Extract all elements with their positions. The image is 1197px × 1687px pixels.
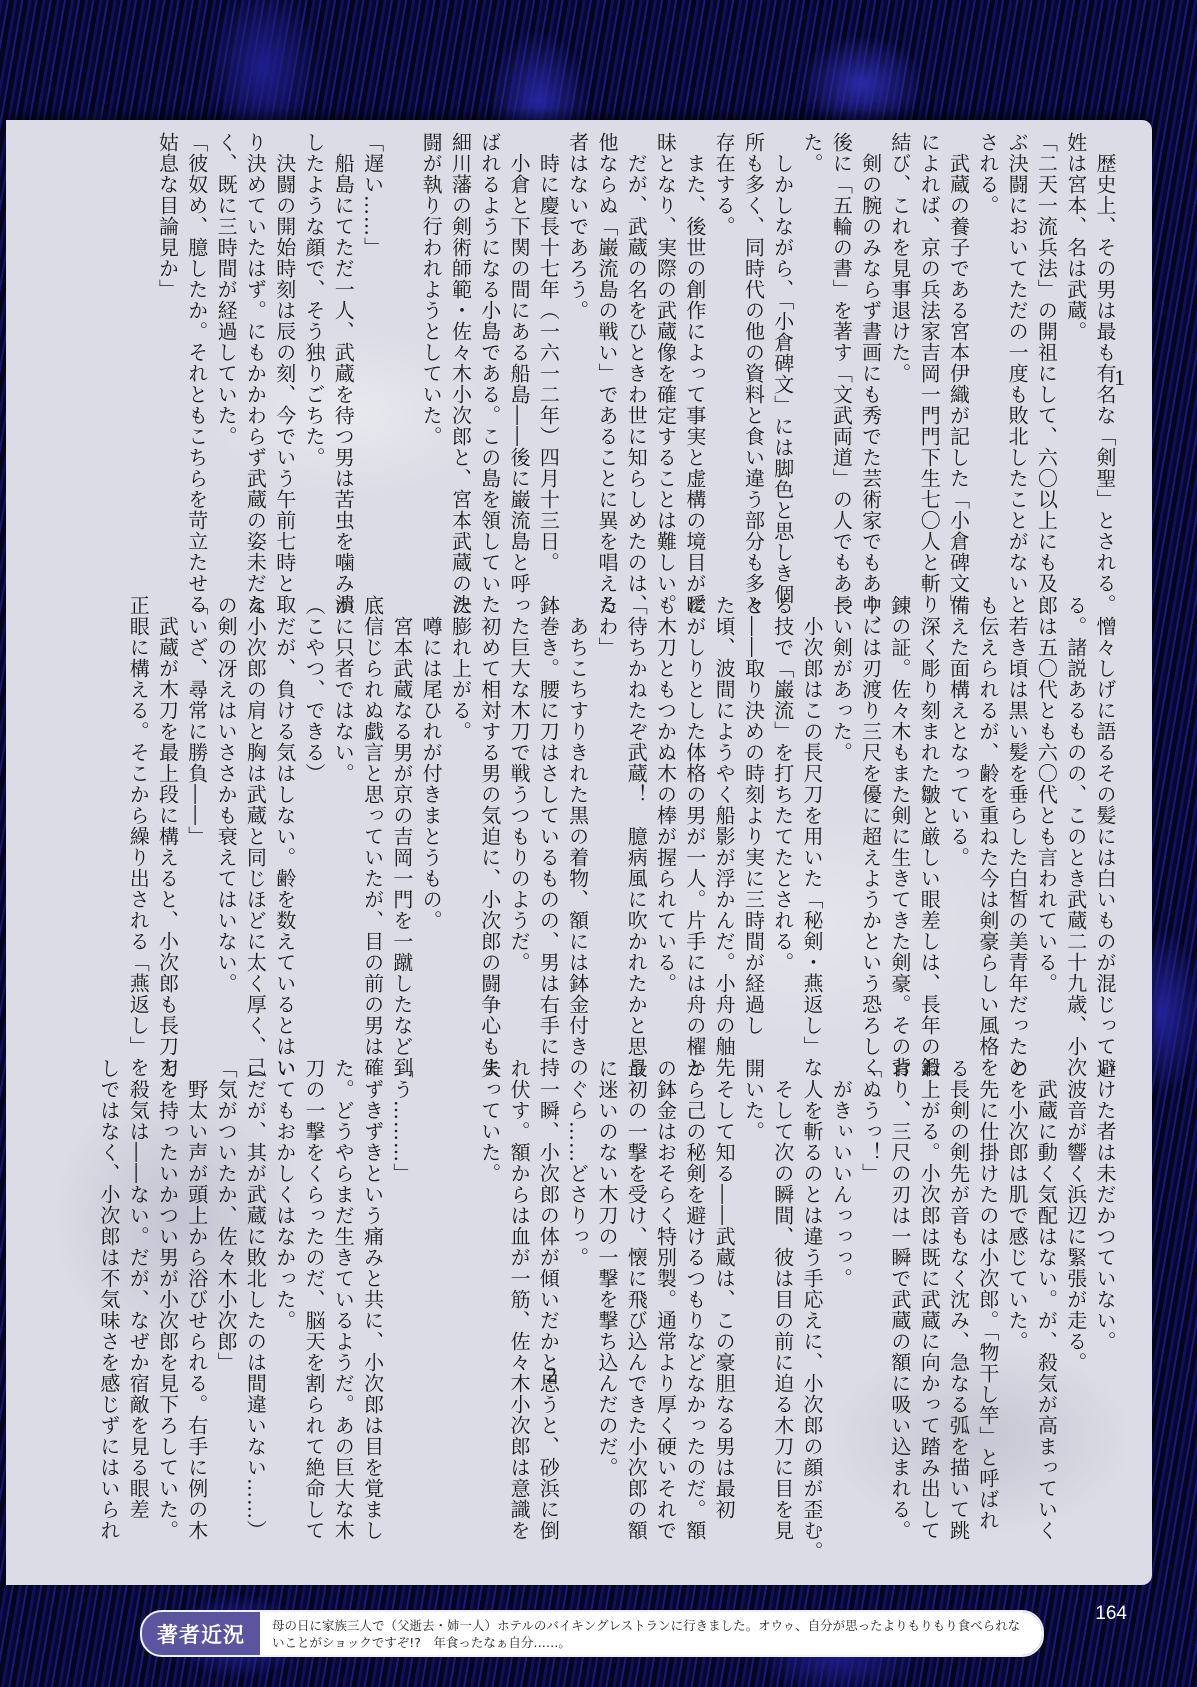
text-line: 者はないであろう。 bbox=[562, 132, 591, 592]
text-line: 失っていた。 bbox=[474, 1058, 503, 1518]
text-line: （だが、其が武蔵に敗北したのは間違いない……） bbox=[240, 1058, 269, 1518]
text-line: しではなく、小次郎は不気味さを感じずにはいられ bbox=[94, 1058, 123, 1518]
text-line: る長剣の剣先が音もなく沈み、急なる弧を描いて跳 bbox=[943, 1058, 972, 1518]
text-line: 憎々しげに語るその髪には白いものが混じってい bbox=[1090, 595, 1119, 1055]
author-note-text: 母の日に家族三人で（父逝去・姉一人）ホテルのバイキングレストランに行きました。オ… bbox=[260, 1612, 1042, 1655]
text-line: 錬の証。佐々木もまた剣に生きてきた剣豪。その背 bbox=[885, 595, 914, 1055]
text-line: ね上がる。小次郎は既に武蔵に向かって踏み出して bbox=[914, 1058, 943, 1518]
text-line: 「いざ、尋常に勝負――」 bbox=[182, 595, 211, 1055]
text-line: にがしりとした体格の男が一人。片手には舟の櫂と bbox=[680, 595, 709, 1055]
text-line: 姑息な目論見か」 bbox=[152, 132, 181, 592]
text-line: た頃、波間にようやく船影が浮かんだ。小舟の舳先 bbox=[709, 595, 738, 1055]
text-line: しかしながら、「小倉碑文」には脚色と思しき個 bbox=[767, 132, 796, 592]
text-line: そして次の瞬間、彼は目の前に迫る木刀に目を見 bbox=[767, 1058, 796, 1518]
text-line: によれば、京の兵法家吉岡一門門下生七〇人と斬り bbox=[914, 132, 943, 592]
text-line: ばれるようになる小島である。この島を領していた bbox=[474, 132, 503, 592]
text-line: 決闘の開始時刻は辰の刻、今でいう午前七時と取 bbox=[269, 132, 298, 592]
text-block-middle: 憎々しげに語るその髪には白いものが混じっている。諸説あるものの、このとき武蔵二十… bbox=[219, 595, 1119, 1055]
text-line: 昧となり、実際の武蔵像を確定することは難しい。 bbox=[650, 132, 679, 592]
text-line: 人を斬るのとは違う手応えに、小次郎の顔が歪む。 bbox=[797, 1058, 826, 1518]
text-line: だが、武蔵の名をひときわ世に知らしめたのは、 bbox=[621, 132, 650, 592]
author-note-label: 著者近況 bbox=[142, 1619, 260, 1649]
text-line: 殺気は――ない。だが、なぜか宿敵を見る眼差 bbox=[123, 1058, 152, 1518]
text-line: 「彼奴め、臆したか。それともこちらを苛立たせる bbox=[182, 132, 211, 592]
text-line: の剣の冴えはいささかも衰えてはいない。 bbox=[211, 595, 240, 1055]
text-line: と――取り決めの時刻より実に三時間が経過し bbox=[738, 595, 767, 1055]
text-line: ぐら……どさりっ。 bbox=[562, 1058, 591, 1518]
text-line: 開いた。 bbox=[738, 1058, 767, 1518]
text-line: 闘が執り行われようとしていた。 bbox=[416, 132, 445, 592]
text-line: 先に仕掛けたのは小次郎。「物干し竿」と呼ばれ bbox=[973, 1058, 1002, 1518]
text-line: も伝えられるが、齢を重ねた今は剣豪らしい風格を bbox=[973, 595, 1002, 1055]
text-line: 噂には尾ひれが付きまとうもの。 bbox=[416, 595, 445, 1055]
text-line: 「気がついたか、佐々木小次郎」 bbox=[211, 1058, 240, 1518]
text-line: される。 bbox=[973, 132, 1002, 592]
text-line: 刀を持ったいかつい男が小次郎を見下ろしていた。 bbox=[152, 1058, 181, 1518]
text-line: 武蔵が木刀を最上段に構えると、小次郎も長刀を bbox=[152, 595, 181, 1055]
text-line: 「遅い……」 bbox=[357, 132, 386, 592]
text-line: のを小次郎は肌で感じていた。 bbox=[1002, 1058, 1031, 1518]
text-line: （こやつ、できる） bbox=[299, 595, 328, 1055]
page-number: 164 bbox=[1095, 1603, 1127, 1625]
text-line: だが、負ける気はしない。齢を数えているとはい bbox=[269, 595, 298, 1055]
text-line bbox=[416, 1058, 445, 1518]
text-line: 野太い声が頭上から浴びせられる。右手に例の木 bbox=[182, 1058, 211, 1518]
text-line: 「ぬうっ！」 bbox=[855, 1058, 884, 1518]
text-line: 「二天一流兵法」の開祖にして、六〇以上にも及 bbox=[1031, 132, 1060, 592]
text-line: 存在する。 bbox=[709, 132, 738, 592]
text-line: 細川藩の剣術師範・佐々木小次郎と、宮本武蔵の決 bbox=[445, 132, 474, 592]
text-line: 郎は五〇代とも六〇代とも言われている。 bbox=[1031, 595, 1060, 1055]
text-line: がきぃいいんっっっ。 bbox=[826, 1058, 855, 1518]
text-line: おり、三尺の刃は一瞬で武蔵の額に吸い込まれる。 bbox=[885, 1058, 914, 1518]
text-line: れ伏す。額からは血が一筋、佐々木小次郎は意識を bbox=[504, 1058, 533, 1518]
text-line: も木刀ともつかぬ木の棒が握られている。 bbox=[650, 595, 679, 1055]
text-line: 最初の一撃を受け、懐に飛び込んできた小次郎の額 bbox=[621, 1058, 650, 1518]
text-line: 姓は宮本、名は武蔵。 bbox=[1060, 132, 1089, 592]
text-line: 宮本武蔵なる男が京の吉岡一門を一蹴したなど到 bbox=[387, 595, 416, 1055]
text-line: 一瞬、小次郎の体が傾いだかと思うと、砂浜に倒 bbox=[533, 1058, 562, 1518]
text-line: 結び、これを見事退けた。 bbox=[885, 132, 914, 592]
text-line: あちこちすりきれた黒の着物、額には鉢金付きの bbox=[562, 595, 591, 1055]
text-line: 武蔵に動く気配はない。が、殺気が高まっていく bbox=[1031, 1058, 1060, 1518]
text-block-bottom: 避けた者は未だかつていない。 波音が響く浜辺に緊張が走る。 武蔵に動く気配はない… bbox=[219, 1058, 1119, 1518]
text-line: から己の秘剣を避けるつもりなどなかったのだ。額 bbox=[680, 1058, 709, 1518]
text-line: 深く彫り刻まれた皺と厳しい眼差しは、長年の鍛 bbox=[914, 595, 943, 1055]
text-line: 他ならぬ「巌流島の戦い」であることに異を唱える bbox=[592, 132, 621, 592]
text-line: った巨大な木刀で戦うつもりのようだ。 bbox=[504, 595, 533, 1055]
text-line: 小次郎はこの長尺刀を用いた「秘剣・燕返し」な bbox=[797, 595, 826, 1055]
text-line: 避けた者は未だかつていない。 bbox=[1090, 1058, 1119, 1518]
text-line: 後に「五輪の書」を著す「文武両道」の人でもあっ bbox=[826, 132, 855, 592]
text-line: ぶ決闘においてただの一度も敗北したことがないと bbox=[1002, 132, 1031, 592]
text-line: いてもおかしくはなかった。 bbox=[269, 1058, 298, 1518]
text-line: また、後世の創作によって事実と虚構の境目が曖 bbox=[680, 132, 709, 592]
text-line: ずきずきという痛みと共に、小次郎は目を覚まし bbox=[357, 1058, 386, 1518]
text-line bbox=[387, 132, 416, 592]
text-line: の鉢金はおそらく特別製。通常より厚く硬いそれで bbox=[650, 1058, 679, 1518]
text-line: 底信じられぬ戯言と思っていたが、目の前の男は確 bbox=[357, 595, 386, 1055]
text-line: 小倉と下関の間にある船島――後に巌流島と呼 bbox=[504, 132, 533, 592]
text-line: 時に慶長十七年（一六一二年）四月十三日。 bbox=[533, 132, 562, 592]
text-line: に迷いのない木刀の一撃を撃ち込んだのだ。 bbox=[592, 1058, 621, 1518]
author-note-bar: 著者近況 母の日に家族三人で（父逝去・姉一人）ホテルのバイキングレストランに行き… bbox=[140, 1610, 1044, 1657]
text-line: 波音が響く浜辺に緊張が走る。 bbox=[1060, 1058, 1089, 1518]
text-line: り決めていたはず。にもかかわらず武蔵の姿未だな bbox=[240, 132, 269, 592]
text-line: 所も多く、同時代の他の資料と食い違う部分も多々 bbox=[738, 132, 767, 592]
text-line: く、既に三時間が経過していた。 bbox=[211, 132, 240, 592]
text-line: 歴史上、その男は最も有名な「剣聖」とされる。 bbox=[1090, 132, 1119, 592]
text-line: 船島にてただ一人、武蔵を待つ男は苦虫を噛み潰 bbox=[328, 132, 357, 592]
text-line: た。どうやらまだ生きているようだ。あの巨大な木 bbox=[328, 1058, 357, 1518]
text-line: たわ」 bbox=[592, 595, 621, 1055]
text-line: 備えた面構えとなっている。 bbox=[943, 595, 972, 1055]
text-line: かに只者ではない。 bbox=[328, 595, 357, 1055]
text-line: 長い剣があった。 bbox=[826, 595, 855, 1055]
text-line: た膨れ上がる。 bbox=[445, 595, 474, 1055]
text-line: 若き頃は黒い髪を垂らした白皙の美青年だったと bbox=[1002, 595, 1031, 1055]
text-line: そして知る――武蔵は、この豪胆なる男は最初 bbox=[709, 1058, 738, 1518]
text-block-top: 歴史上、その男は最も有名な「剣聖」とされる。姓は宮本、名は武蔵。「二天一流兵法」… bbox=[219, 132, 1119, 592]
text-line: 「待ちかねたぞ武蔵！ 臆病風に吹かれたかと思う bbox=[621, 595, 650, 1055]
text-line: 正眼に構える。そこから繰り出される「燕返し」を bbox=[123, 595, 152, 1055]
text-line bbox=[445, 1058, 474, 1518]
text-line: え小次郎の肩と胸は武蔵と同じほどに太く厚く、己 bbox=[240, 595, 269, 1055]
text-line: 中には刃渡り三尺を優に超えようかという恐ろしく bbox=[855, 595, 884, 1055]
text-line: したような顔で、そう独りごちた。 bbox=[299, 132, 328, 592]
text-line: 刀の一撃をくらったのだ、脳天を割られて絶命して bbox=[299, 1058, 328, 1518]
text-line: た。 bbox=[797, 132, 826, 592]
text-line: る技で「巌流」を打ちたてたとされる。 bbox=[767, 595, 796, 1055]
text-line: 武蔵の養子である宮本伊織が記した「小倉碑文」 bbox=[943, 132, 972, 592]
text-line: 剣の腕のみならず書画にも秀でた芸術家でもあり、 bbox=[855, 132, 884, 592]
text-line: る。諸説あるものの、このとき武蔵二十九歳、小次 bbox=[1060, 595, 1089, 1055]
text-line: 初めて相対する男の気迫に、小次郎の闘争心もま bbox=[474, 595, 503, 1055]
text-line: 「う………」 bbox=[387, 1058, 416, 1518]
text-line: 鉢巻き。腰に刀はさしているものの、男は右手に持 bbox=[533, 595, 562, 1055]
